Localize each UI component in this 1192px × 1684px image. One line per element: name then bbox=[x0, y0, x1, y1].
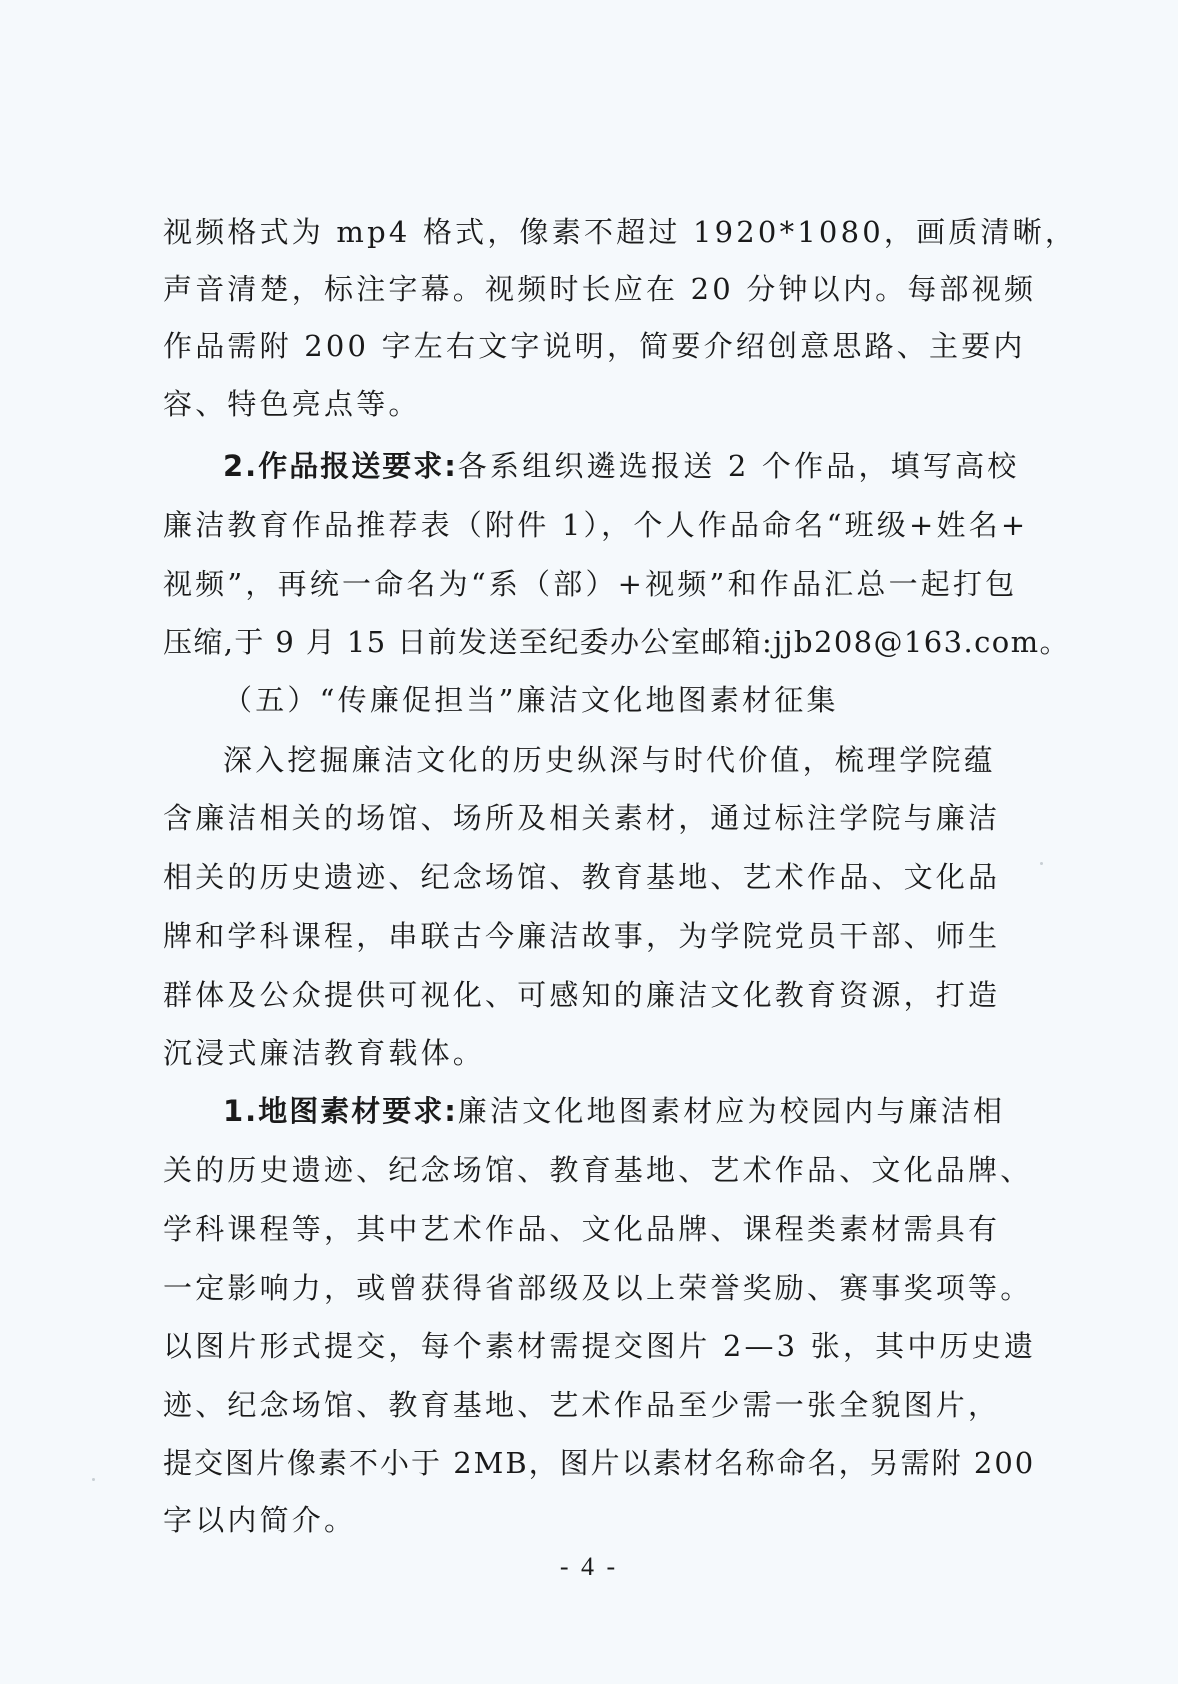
paragraph-line: 一定影响力，或曾获得省部级及以上荣誉奖励、赛事奖项等。 bbox=[163, 1268, 1043, 1308]
paragraph-line: 作品需附 200 字左右文字说明，简要介绍创意思路、主要内 bbox=[163, 326, 1043, 366]
section-heading-submission: 2.作品报送要求: bbox=[223, 449, 458, 483]
paragraph-line: 迹、纪念场馆、教育基地、艺术作品至少需一张全貌图片， bbox=[163, 1385, 1043, 1425]
scan-speck bbox=[92, 1478, 95, 1481]
paragraph-line: 声音清楚，标注字幕。视频时长应在 20 分钟以内。每部视频 bbox=[163, 269, 1043, 309]
paragraph-line: 廉洁教育作品推荐表（附件 1），个人作品命名“班级+姓名+ bbox=[163, 505, 1043, 545]
paragraph-line: 视频”，再统一命名为“系（部）+视频”和作品汇总一起打包 bbox=[163, 564, 1043, 604]
email-line: 压缩,于 9 月 15 日前发送至纪委办公室邮箱:jjb208@163.com。 bbox=[163, 622, 1043, 662]
paragraph-line: 以图片形式提交，每个素材需提交图片 2—3 张，其中历史遗 bbox=[163, 1326, 1043, 1366]
map-material-requirements-line: 1.地图素材要求:廉洁文化地图素材应为校园内与廉洁相 bbox=[223, 1091, 1043, 1131]
document-page: 视频格式为 mp4 格式，像素不超过 1920*1080，画质清晰， 声音清楚，… bbox=[0, 0, 1178, 1684]
paragraph-line: 沉浸式廉洁教育载体。 bbox=[163, 1033, 1043, 1073]
paragraph-line: 牌和学科课程，串联古今廉洁故事，为学院党员干部、师生 bbox=[163, 916, 1043, 956]
section-heading-map-collection: （五）“传廉促担当”廉洁文化地图素材征集 bbox=[223, 680, 1103, 720]
paragraph-line: 字以内简介。 bbox=[163, 1500, 1043, 1540]
paragraph-line: 学科课程等，其中艺术作品、文化品牌、课程类素材需具有 bbox=[163, 1209, 1043, 1249]
paragraph-line: 容、特色亮点等。 bbox=[163, 384, 1043, 424]
paragraph-line: 提交图片像素不小于 2MB，图片以素材名称命名，另需附 200 bbox=[163, 1443, 1043, 1483]
page-number: - 4 - bbox=[0, 1552, 1178, 1582]
paragraph-line: 相关的历史遗迹、纪念场馆、教育基地、艺术作品、文化品 bbox=[163, 857, 1043, 897]
paragraph-line: 含廉洁相关的场馆、场所及相关素材，通过标注学院与廉洁 bbox=[163, 798, 1043, 838]
submission-requirements-line: 2.作品报送要求:各系组织遴选报送 2 个作品，填写高校 bbox=[223, 446, 1043, 486]
paragraph-line: 深入挖掘廉洁文化的历史纵深与时代价值，梳理学院蕴 bbox=[223, 740, 1043, 780]
paragraph-line: 视频格式为 mp4 格式，像素不超过 1920*1080，画质清晰， bbox=[163, 212, 1043, 252]
page-margin bbox=[1178, 0, 1192, 1684]
section-heading-map-material: 1.地图素材要求: bbox=[223, 1094, 458, 1128]
paragraph-line: 关的历史遗迹、纪念场馆、教育基地、艺术作品、文化品牌、 bbox=[163, 1150, 1043, 1190]
scan-speck bbox=[1040, 862, 1043, 865]
paragraph-line: 群体及公众提供可视化、可感知的廉洁文化教育资源，打造 bbox=[163, 975, 1043, 1015]
